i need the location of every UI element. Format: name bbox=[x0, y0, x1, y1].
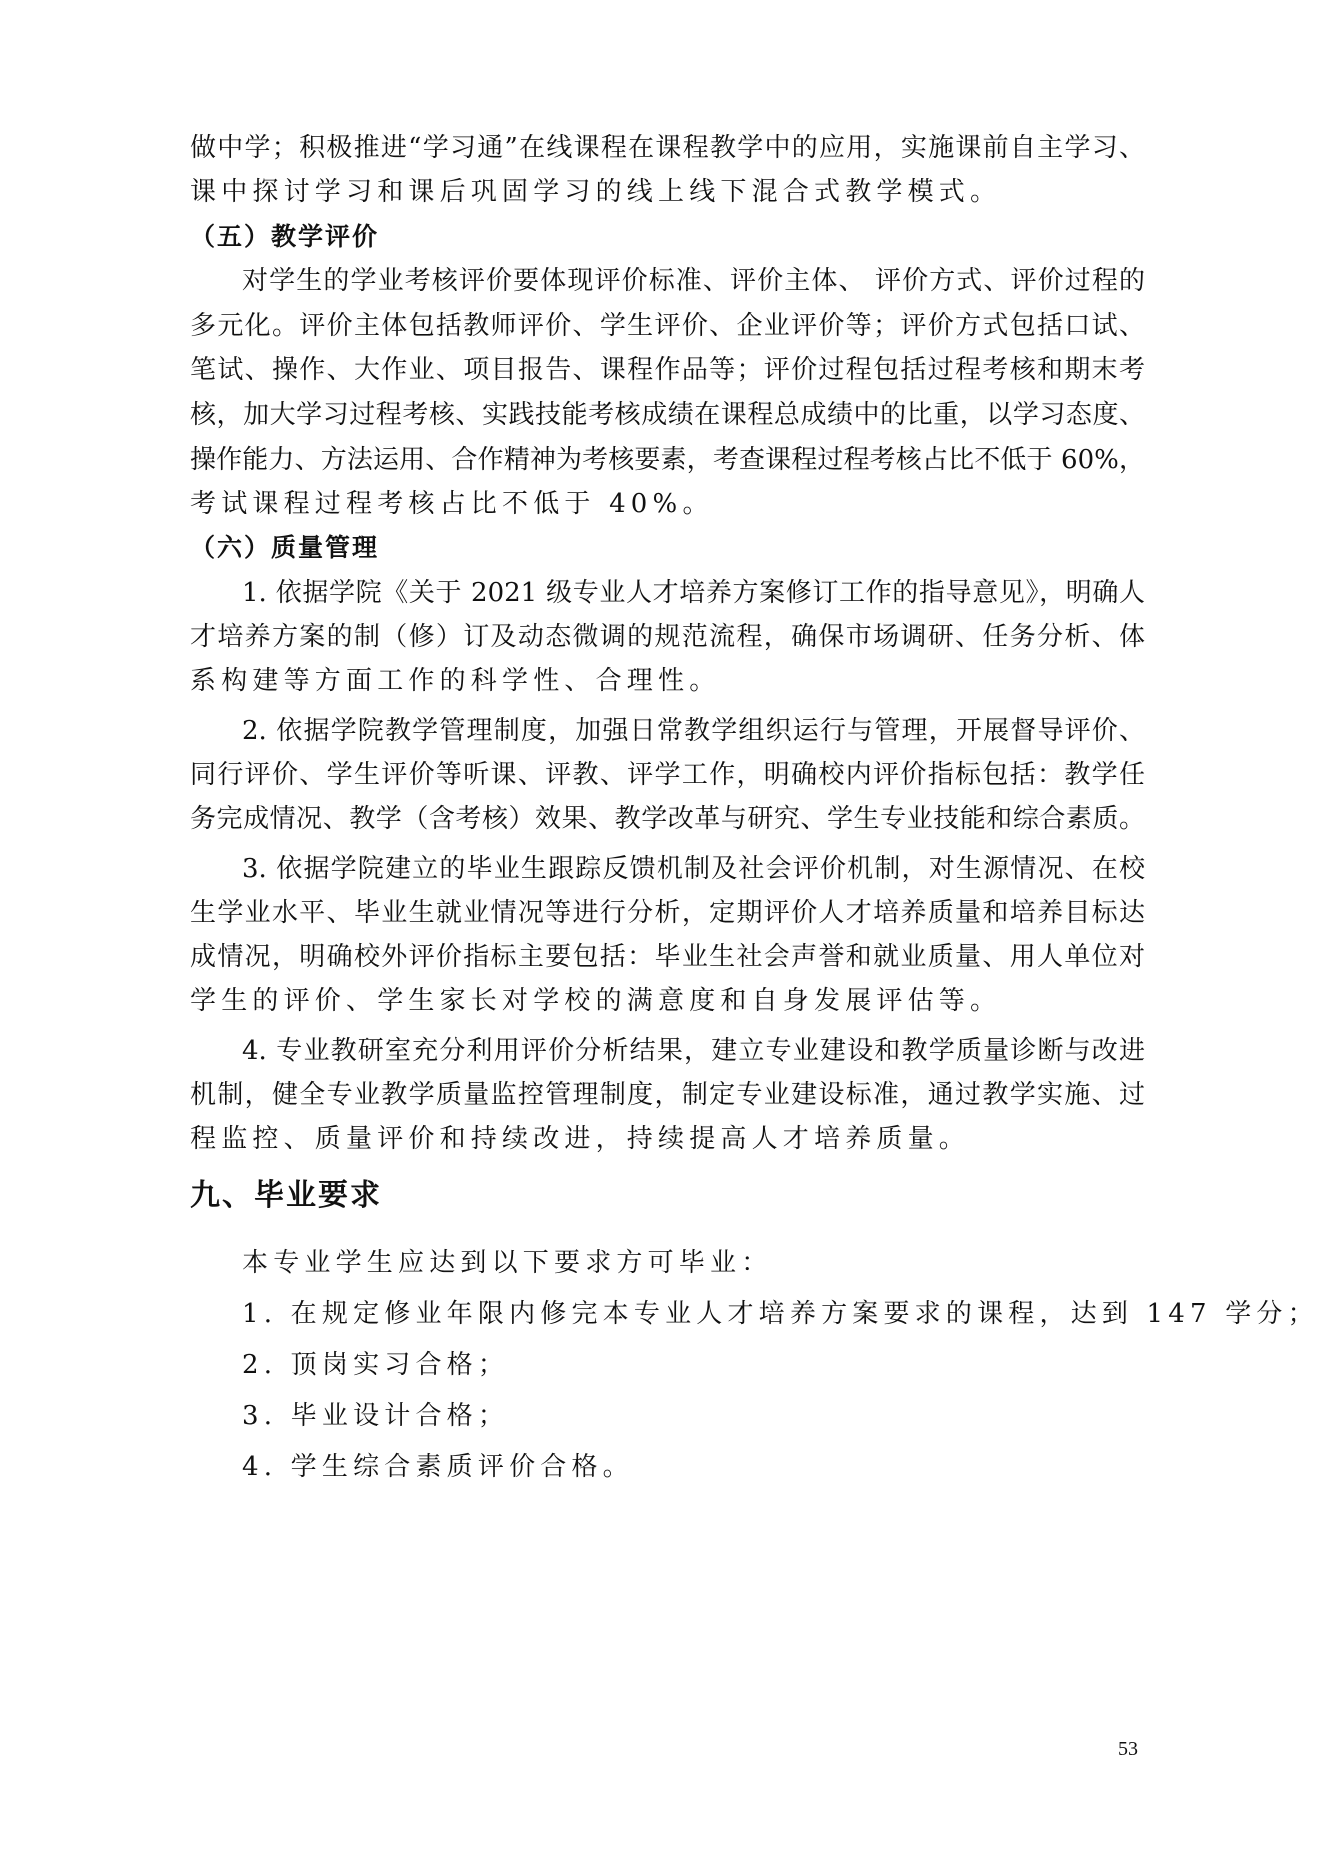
paragraph-line: 做中学；积极推进“学习通”在线课程在课程教学中的应用，实施课前自主学习、 bbox=[190, 132, 1145, 164]
page-number: 53 bbox=[1118, 1738, 1138, 1761]
paragraph-line: 务完成情况、教学（含考核）效果、教学改革与研究、学生专业技能和综合素质。 bbox=[190, 803, 1145, 835]
paragraph-line: 多元化。评价主体包括教师评价、学生评价、企业评价等；评价方式包括口试、 bbox=[190, 310, 1145, 342]
paragraph-line: 生学业水平、毕业生就业情况等进行分析，定期评价人才培养质量和培养目标达 bbox=[190, 897, 1145, 929]
paragraph-line: 课中探讨学习和课后巩固学习的线上线下混合式教学模式。 bbox=[190, 176, 1001, 208]
paragraph-line: 4. 专业教研室充分利用评价分析结果，建立专业建设和教学质量诊断与改进 bbox=[242, 1035, 1145, 1067]
paragraph-line: 才培养方案的制（修）订及动态微调的规范流程，确保市场调研、任务分析、体 bbox=[190, 621, 1145, 653]
paragraph-line: 机制，健全专业教学质量监控管理制度，制定专业建设标准，通过教学实施、过 bbox=[190, 1079, 1145, 1111]
paragraph-line: 考试课程过程考核占比不低于 40%。 bbox=[190, 488, 714, 520]
paragraph-line: 3. 依据学院建立的毕业生跟踪反馈机制及社会评价机制，对生源情况、在校 bbox=[242, 853, 1145, 885]
requirement-item: 1. 在规定修业年限内修完本专业人才培养方案要求的课程，达到 147 学分； bbox=[242, 1298, 1319, 1330]
paragraph-line: 成情况，明确校外评价指标主要包括：毕业生社会声誉和就业质量、用人单位对 bbox=[190, 941, 1145, 973]
section-heading-teaching-evaluation: （五）教学评价 bbox=[190, 221, 379, 253]
paragraph-line: 1. 依据学院《关于 2021 级专业人才培养方案修订工作的指导意见》，明确人 bbox=[242, 577, 1145, 609]
paragraph-line: 本专业学生应达到以下要求方可毕业： bbox=[242, 1247, 772, 1279]
requirement-item: 4. 学生综合素质评价合格。 bbox=[242, 1451, 634, 1483]
paragraph-line: 核，加大学习过程考核、实践技能考核成绩在课程总成绩中的比重，以学习态度、 bbox=[190, 399, 1145, 431]
requirement-item: 3. 毕业设计合格； bbox=[242, 1400, 509, 1432]
paragraph-line: 学生的评价、学生家长对学校的满意度和自身发展评估等。 bbox=[190, 985, 1001, 1017]
paragraph-line: 程监控、质量评价和持续改进，持续提高人才培养质量。 bbox=[190, 1123, 970, 1155]
chapter-heading-graduation-requirements: 九、毕业要求 bbox=[190, 1180, 382, 1212]
requirement-item: 2. 顶岗实习合格； bbox=[242, 1349, 509, 1381]
paragraph-line: 2. 依据学院教学管理制度，加强日常教学组织运行与管理，开展督导评价、 bbox=[242, 715, 1145, 747]
section-heading-quality-management: （六）质量管理 bbox=[190, 532, 379, 564]
paragraph-line: 对学生的学业考核评价要体现评价标准、评价主体、 评价方式、评价过程的 bbox=[242, 265, 1145, 297]
paragraph-line: 操作能力、方法运用、合作精神为考核要素，考查课程过程考核占比不低于 60%， bbox=[190, 444, 1145, 476]
paragraph-line: 同行评价、学生评价等听课、评教、评学工作，明确校内评价指标包括：教学任 bbox=[190, 759, 1145, 791]
paragraph-line: 笔试、操作、大作业、项目报告、课程作品等；评价过程包括过程考核和期末考 bbox=[190, 354, 1145, 386]
paragraph-line: 系构建等方面工作的科学性、合理性。 bbox=[190, 665, 720, 697]
